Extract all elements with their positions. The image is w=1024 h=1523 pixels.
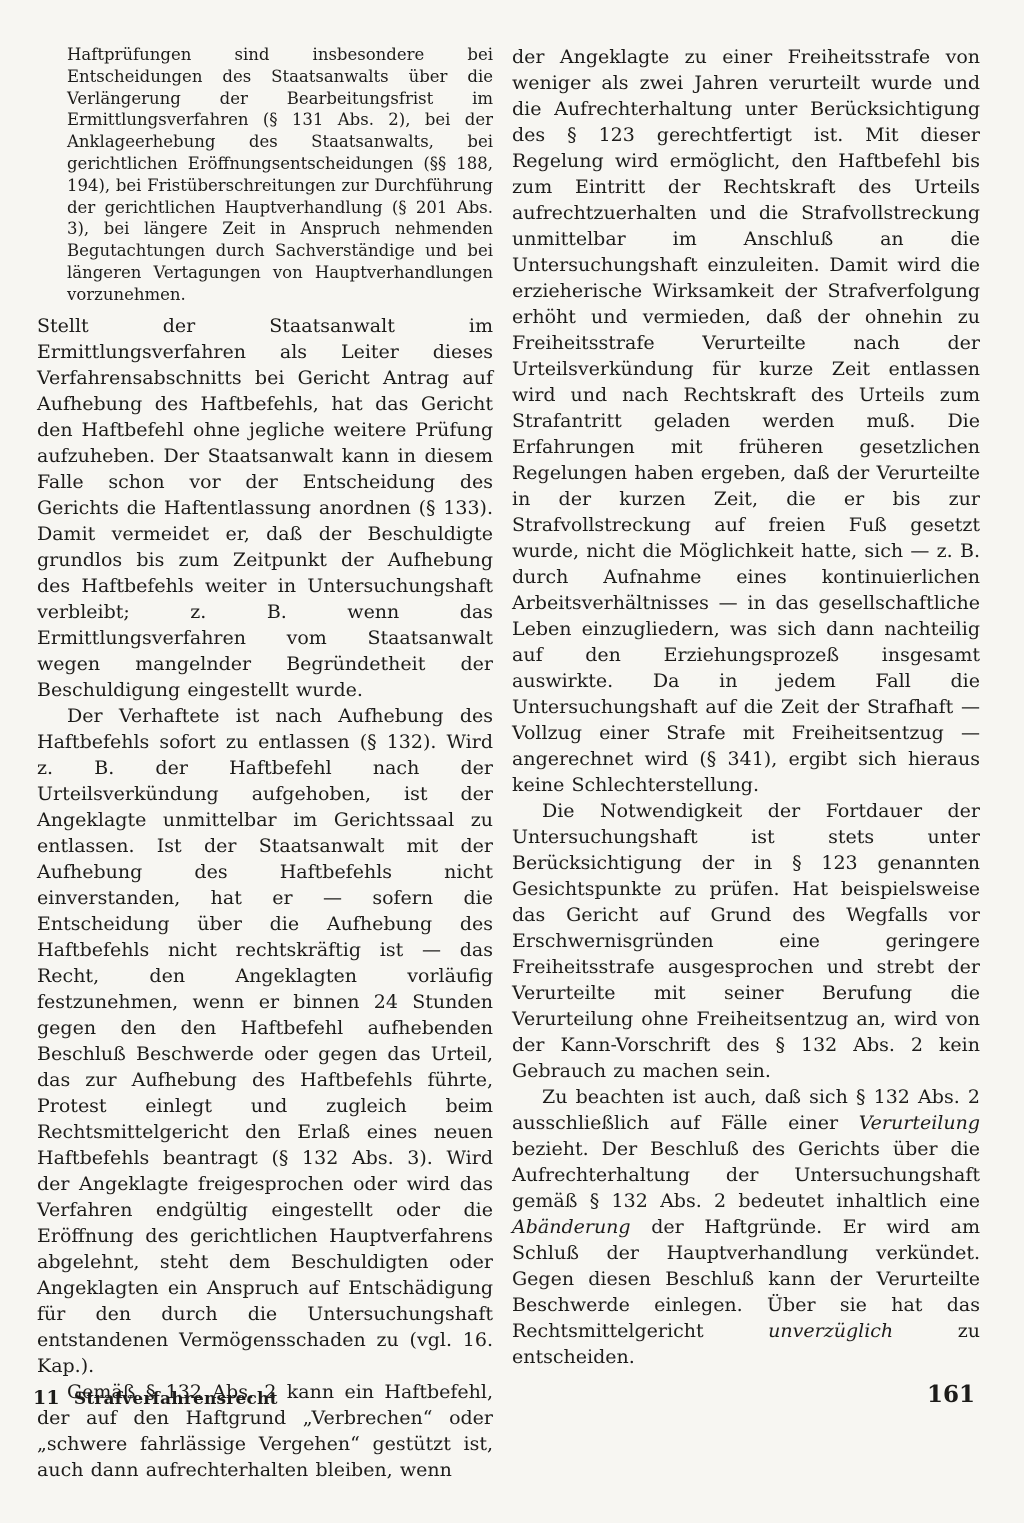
paragraph-verhafteter-entlassung: Der Verhaftete ist nach Aufhebung des Ha… — [37, 703, 493, 1379]
small-print-paragraph: Haftprüfungen sind insbesondere bei Ents… — [67, 44, 493, 306]
text-run: Der Verhaftete ist nach Aufhebung des Ha… — [37, 705, 493, 1377]
running-title-block: 11Strafverfahrensrecht — [33, 1387, 278, 1409]
text-run: der Angeklagte zu einer Freiheitsstrafe … — [512, 46, 980, 796]
page-number: 161 — [927, 1381, 975, 1408]
running-title: Strafverfahrensrecht — [74, 1389, 278, 1409]
emphasized-text: unverzüglich — [768, 1320, 893, 1342]
emphasized-text: Abänderung — [512, 1216, 631, 1238]
left-column: Haftprüfungen sind insbesondere bei Ents… — [37, 44, 493, 1483]
right-column: der Angeklagte zu einer Freiheitsstrafe … — [512, 44, 980, 1483]
text-run: Die Notwendigkeit der Fortdauer der Unte… — [512, 800, 980, 1082]
chapter-number: 11 — [33, 1387, 60, 1409]
paragraph-notwendigkeit-fortdauer: Die Notwendigkeit der Fortdauer der Unte… — [512, 798, 980, 1084]
page-body: Haftprüfungen sind insbesondere bei Ents… — [0, 0, 1024, 1483]
book-page: Haftprüfungen sind insbesondere bei Ents… — [0, 0, 1024, 1523]
text-run: bezieht. Der Beschluß des Gerichts über … — [512, 1138, 980, 1212]
paragraph-zu-beachten: Zu beachten ist auch, daß sich § 132 Abs… — [512, 1084, 980, 1370]
page-footer: 11Strafverfahrensrecht 161 — [0, 1381, 1024, 1415]
emphasized-text: Verurteilung — [859, 1112, 980, 1134]
paragraph-freiheitsstrafe-fortsetzung: der Angeklagte zu einer Freiheitsstrafe … — [512, 44, 980, 798]
paragraph-staatsanwalt-antrag: Stellt der Staatsanwalt im Ermittlungsve… — [37, 313, 493, 703]
text-run: Stellt der Staatsanwalt im Ermittlungsve… — [37, 315, 493, 701]
